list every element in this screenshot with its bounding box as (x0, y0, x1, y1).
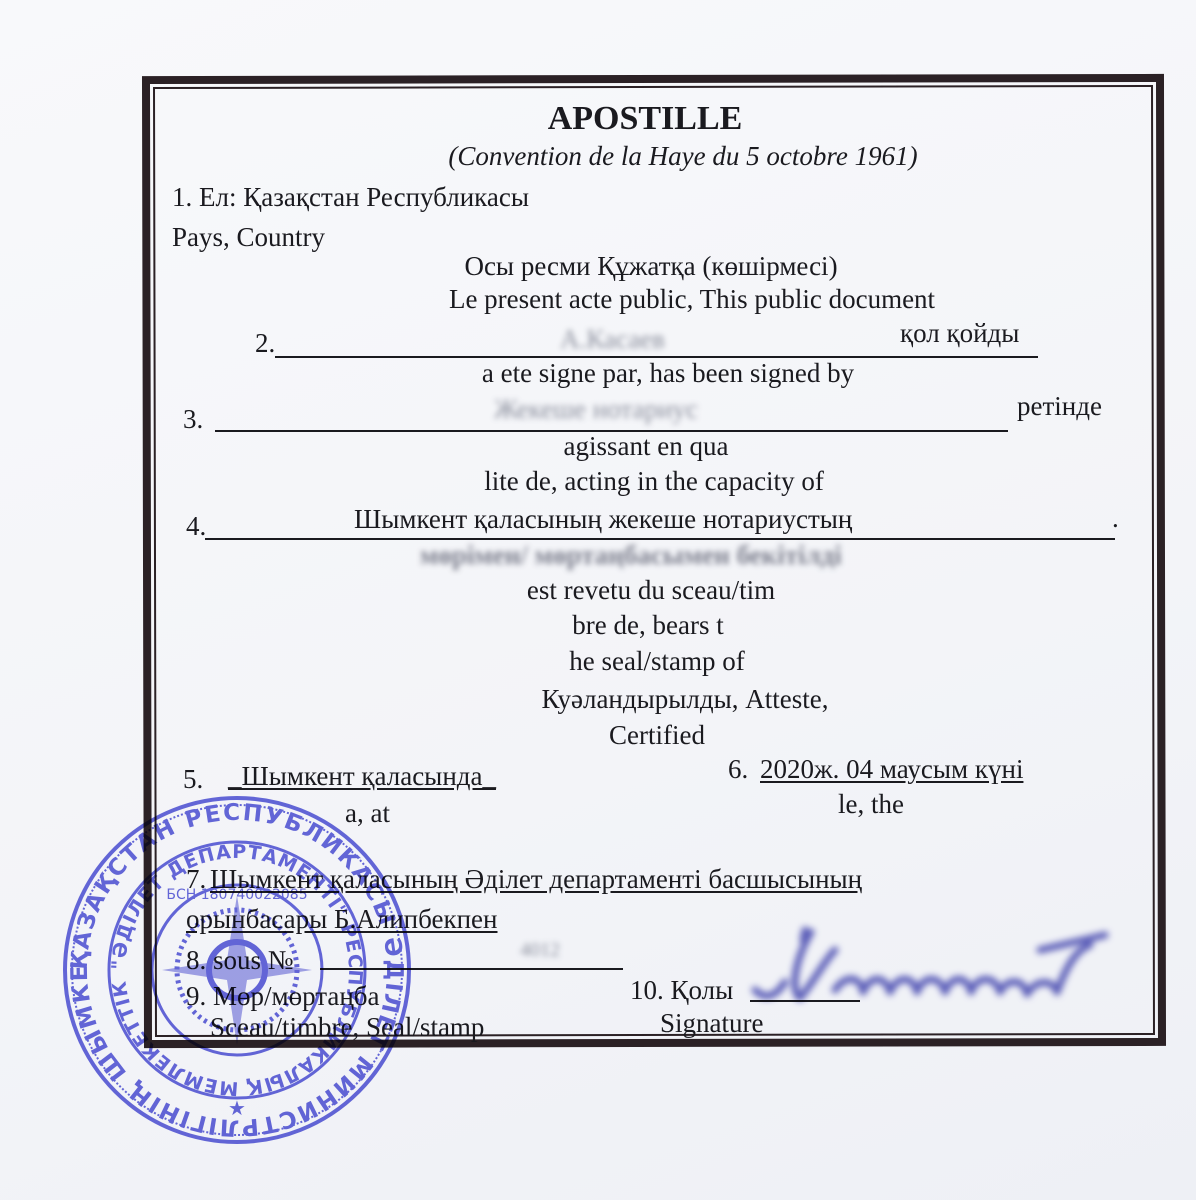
field4-caption-2: bre de, bears t (572, 612, 723, 639)
certified-line1: Куәландырылды, Atteste, (542, 686, 829, 713)
field4-number: 4. (186, 513, 206, 540)
field4-caption-3: he seal/stamp of (569, 648, 744, 675)
field1-sublabel: Pays, Country (172, 224, 325, 251)
document-title: APOSTILLE (548, 102, 743, 136)
certified-line2: Certified (609, 722, 705, 749)
field7-value-line2: орынбасары Б.Алипбекпен (186, 906, 498, 933)
field5-number: 5. (183, 766, 203, 793)
field2-caption: a ete signe par, has been signed by (482, 360, 854, 387)
intro-fr-en: Le present acte public, This public docu… (449, 286, 935, 313)
field6-number: 6. (728, 756, 748, 783)
field8-underline (320, 968, 623, 970)
field7-number: 7. (186, 866, 206, 893)
field3-caption-2: lite de, acting in the capacity of (484, 468, 824, 495)
field9-label: 9. Мөр/мөртаңба (186, 983, 380, 1010)
field6-caption: le, the (838, 791, 904, 818)
document-subtitle: (Convention de la Haye du 5 octobre 1961… (448, 143, 917, 170)
field10-label: 10. Қолы (630, 977, 733, 1004)
field4-suffix: . (1112, 505, 1119, 532)
field4-value: Шымкент қаласының жекеше нотариустың (354, 506, 852, 533)
field2-number: 2. (255, 330, 275, 357)
field5-value: _Шымкент қаласында_ (228, 763, 496, 790)
field4-redacted-line2: мөрімен/ мөртаңбасымен бекітілді (420, 542, 842, 569)
field3-redacted-capacity: Жекеше нотариус (494, 396, 698, 423)
intro-kazakh: Осы ресми Құжатқа (көшірмесі) (464, 253, 837, 280)
field8-redacted-number: 4012 (520, 940, 560, 960)
field2-suffix: қол қойды (900, 320, 1019, 347)
field2-redacted-signer: А.Касаев (560, 326, 665, 353)
field9-caption: Sceau/timbre, Seal/stamp (210, 1014, 484, 1041)
field5-caption: a, at (345, 800, 390, 827)
field3-caption-1: agissant en qua (564, 433, 729, 460)
field3-suffix: ретінде (1017, 393, 1102, 420)
field3-number: 3. (183, 406, 203, 433)
field8-label: 8. sous № (186, 947, 294, 974)
field1-country: 1. Ел: Қазақстан Республикасы (172, 184, 529, 211)
signature-scribble (745, 920, 1115, 1020)
field7-value-line1: Шымкент қаласының Әділет департаменті ба… (210, 866, 862, 893)
field4-caption-1: est revetu du sceau/tim (527, 577, 775, 604)
field6-value: 2020ж. 04 маусым күні (760, 756, 1023, 783)
